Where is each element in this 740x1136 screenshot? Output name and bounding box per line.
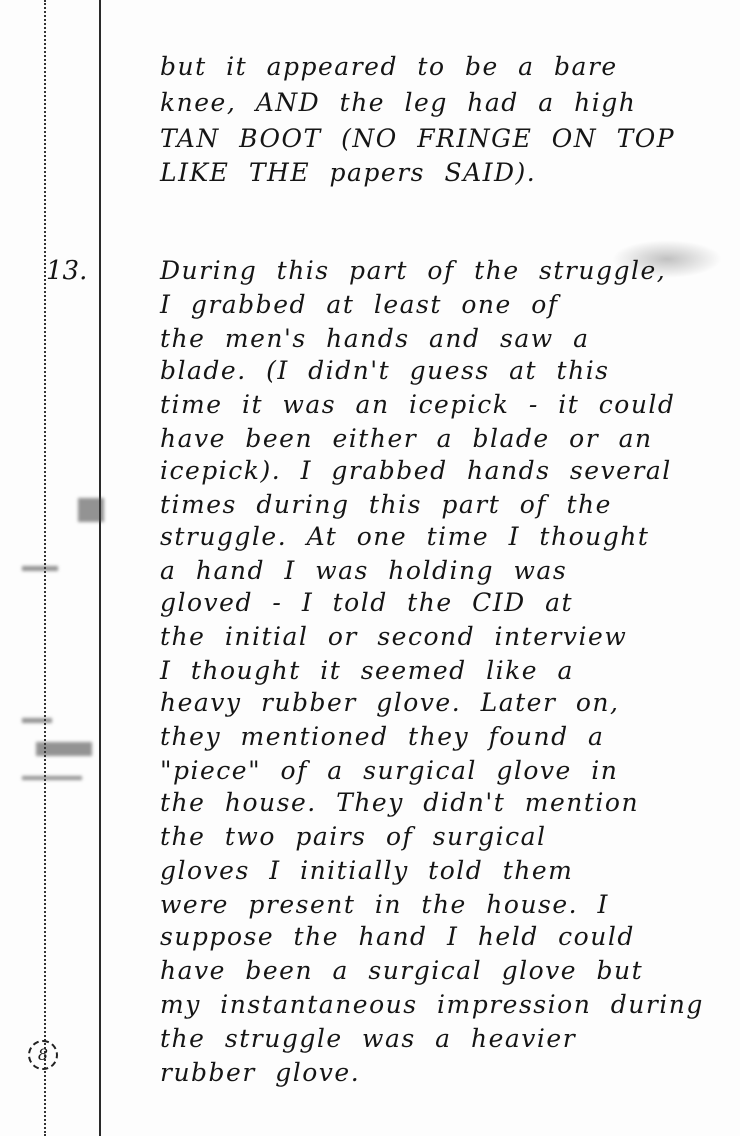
- text-line: the two pairs of surgical: [160, 822, 547, 851]
- margin-line-inner: [99, 0, 101, 1136]
- text-line: TAN BOOT (NO FRINGE ON TOP: [160, 124, 675, 153]
- scan-smudge: [36, 742, 92, 756]
- text-line: the men's hands and saw a: [160, 324, 589, 353]
- text-line: "piece" of a surgical glove in: [160, 756, 618, 785]
- text-line: blade. (I didn't guess at this: [160, 356, 610, 385]
- text-line: I grabbed at least one of: [160, 290, 559, 319]
- text-line: knee, AND the leg had a high: [160, 88, 636, 117]
- text-line: were present in the house. I: [160, 890, 609, 919]
- text-line: LIKE THE papers SAID).: [160, 158, 536, 187]
- scan-smudge: [78, 498, 104, 522]
- text-line: heavy rubber glove. Later on,: [160, 688, 619, 717]
- text-line: have been either a blade or an: [160, 424, 653, 453]
- text-line: gloved - I told the CID at: [160, 588, 573, 617]
- scan-smudge: [22, 566, 58, 571]
- scan-smudge: [22, 776, 82, 780]
- text-line: have been a surgical glove but: [160, 956, 643, 985]
- text-line: gloves I initially told them: [160, 856, 573, 885]
- text-line: the house. They didn't mention: [160, 788, 639, 817]
- text-line: time it was an icepick - it could: [160, 390, 675, 419]
- text-line: During this part of the struggle,: [160, 256, 666, 285]
- text-line: icepick). I grabbed hands several: [160, 456, 672, 485]
- text-line: the struggle was a heavier: [160, 1024, 576, 1053]
- page-number: 8: [28, 1040, 58, 1070]
- text-line: the initial or second interview: [160, 622, 627, 651]
- text-line: but it appeared to be a bare: [160, 52, 618, 81]
- scan-smudge: [22, 718, 52, 723]
- text-line: rubber glove.: [160, 1058, 360, 1087]
- text-line: my instantaneous impression during: [160, 990, 704, 1019]
- text-line: a hand I was holding was: [160, 556, 567, 585]
- text-line: they mentioned they found a: [160, 722, 604, 751]
- text-line: suppose the hand I held could: [160, 922, 635, 951]
- text-line: I thought it seemed like a: [160, 656, 574, 685]
- text-line: times during this part of the: [160, 490, 612, 519]
- document-page: but it appeared to be a bare knee, AND t…: [0, 0, 740, 1136]
- paragraph-number: 13.: [46, 256, 87, 286]
- text-line: struggle. At one time I thought: [160, 522, 649, 551]
